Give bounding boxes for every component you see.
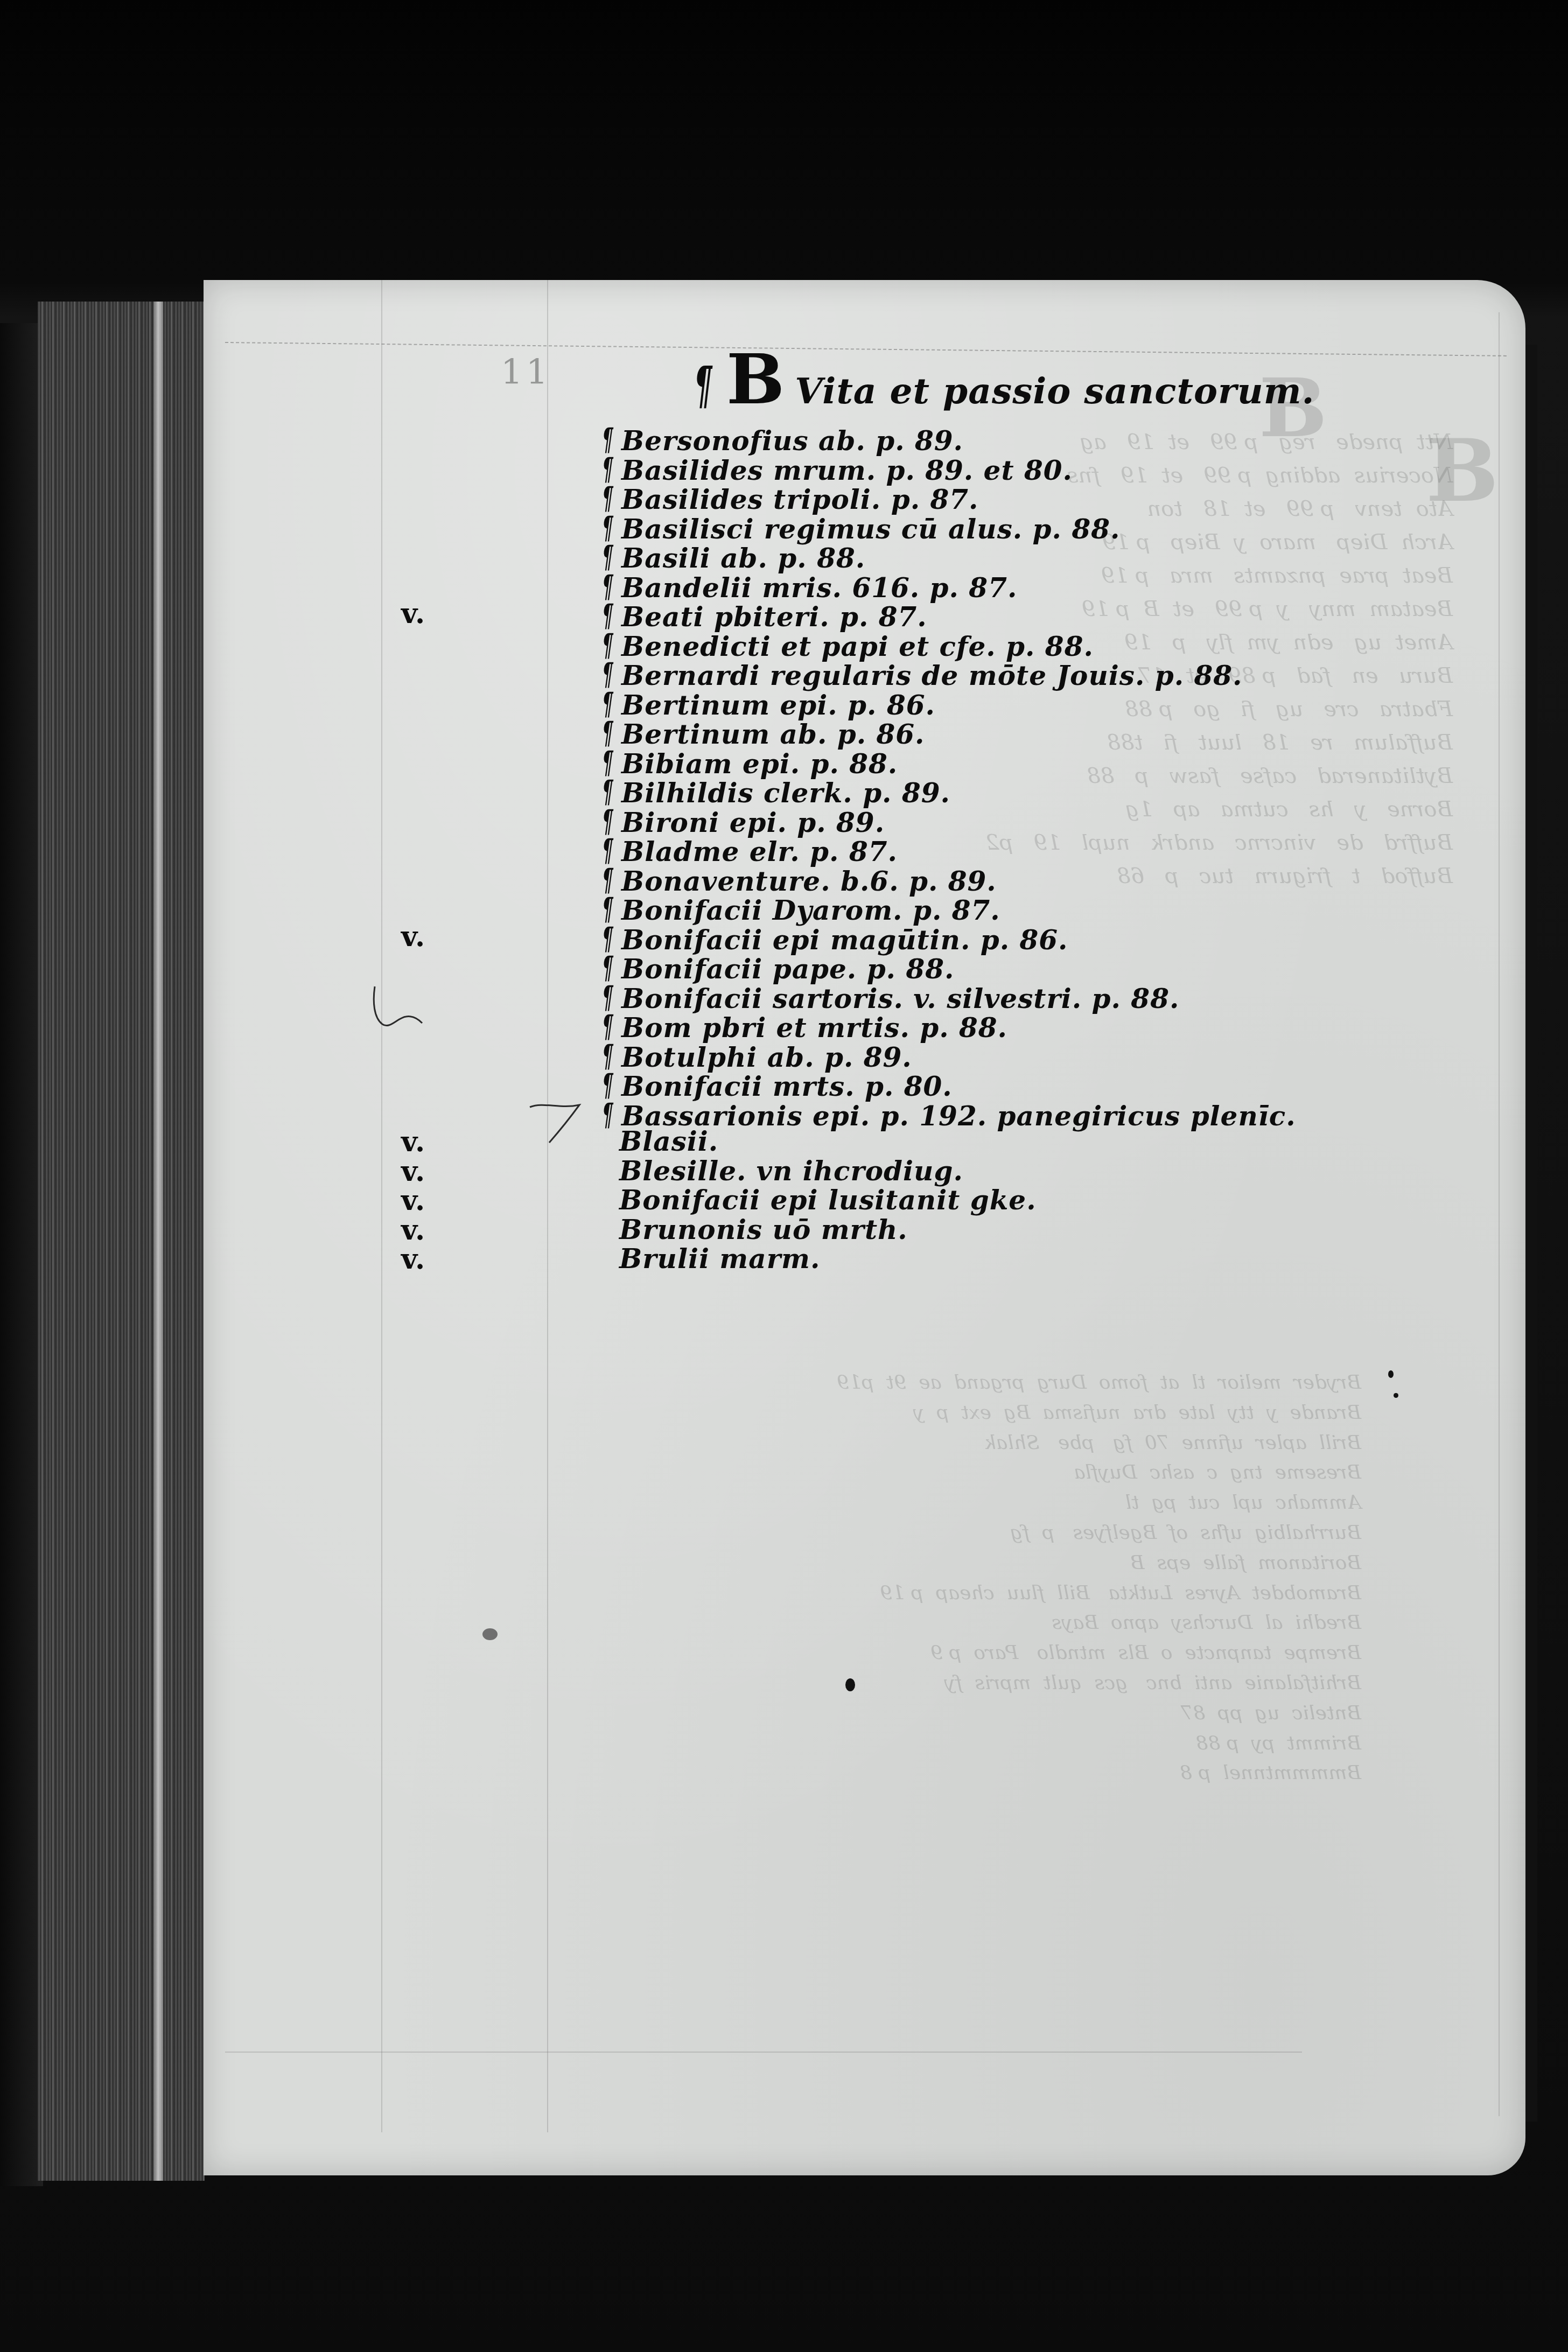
margin-note-v: v. [401, 1184, 425, 1217]
ink-speck [1388, 1370, 1394, 1378]
index-entry: ¶Bassarionis epi. p. 192. panegiricus pl… [598, 1096, 1405, 1126]
index-entry: ¶Bertinum ab. p. 86. [598, 715, 1405, 744]
ink-speck [1394, 1393, 1398, 1398]
index-entry: ¶Basilisci regimus cū alus. p. 88. [598, 509, 1405, 539]
entry-text: Blesille. vn ihcrodiug. [619, 1155, 963, 1187]
index-entry: v.Blasii. [598, 1125, 1405, 1155]
index-entry: ¶Basilides tripoli. p. 87. [598, 480, 1405, 509]
section-heading: ¶ B Vita et passio sanctorum. [687, 339, 1315, 420]
index-entry: v.Brulii marm. [598, 1243, 1405, 1272]
margin-note-v: v. [401, 597, 425, 630]
page-right-edge [1525, 345, 1537, 2122]
book-fore-edge [38, 302, 205, 2181]
index-entry: ¶Bom pbri et mrtis. p. 88. [598, 1008, 1405, 1038]
manuscript-page: B B Ntt pnede reg p 99 et 19 ag Nocerius… [204, 280, 1525, 2175]
bleed-initial-mid: B [1426, 420, 1499, 521]
bleed-text-bottom: Bryder melior tl at fomo Durg prgand ae … [580, 1368, 1361, 1788]
entry-text: Brunonis uō mrth. [619, 1214, 908, 1245]
heading-initial: B [726, 339, 785, 420]
index-entry: ¶Benedicti et papi et cfe. p. 88. [598, 627, 1405, 656]
squiggle-icon [370, 985, 424, 1045]
margin-note-v: v. [401, 1214, 425, 1247]
ink-blot [845, 1678, 855, 1691]
index-entry: ¶Bonifacii mrts. p. 80. [598, 1067, 1405, 1096]
index-entry: ¶Basilides mrum. p. 89. et 80. [598, 451, 1405, 480]
index-entry: ¶Bibiam epi. p. 88. [598, 744, 1405, 774]
index-entry: v.¶Bonifacii epi magūtin. p. 86. [598, 920, 1405, 950]
margin-note-v: v. [401, 920, 425, 953]
index-entry: ¶Bilhildis clerk. p. 89. [598, 773, 1405, 803]
book-shadow [0, 323, 43, 2186]
paragraph-mark-icon: ¶ [690, 355, 716, 416]
index-entry: ¶Botulphi ab. p. 89. [598, 1038, 1405, 1067]
margin-note-v: v. [401, 1125, 425, 1158]
index-entry: ¶Bironi epi. p. 89. [598, 803, 1405, 832]
heading-title: Vita et passio sanctorum. [795, 370, 1314, 412]
index-entry: ¶Bersonofius ab. p. 89. [598, 421, 1405, 451]
index-entry: v.Brunonis uō mrth. [598, 1214, 1405, 1243]
index-entry: v.Blesille. vn ihcrodiug. [598, 1155, 1405, 1185]
index-entry: ¶Bonifacii sartoris. v. silvestri. p. 88… [598, 979, 1405, 1009]
entry-text: Bonifacii epi lusitanit gke. [619, 1184, 1037, 1216]
index-entry: ¶Bladme elr. p. 87. [598, 832, 1405, 862]
margin-note-v: v. [401, 1243, 425, 1276]
index-entry: ¶Bandelii mris. 616. p. 87. [598, 568, 1405, 598]
index-entry: ¶Bonifacii Dyarom. p. 87. [598, 891, 1405, 920]
index-entry: ¶Bernardi regularis de mōte Jouis. p. 88… [598, 656, 1405, 685]
entry-text: Blasii. [619, 1125, 718, 1157]
stain-spot [482, 1628, 498, 1640]
folio-mark: 11 [501, 353, 551, 393]
margin-note-v: v. [401, 1155, 425, 1188]
index-entry: ¶Bertinum epi. p. 86. [598, 685, 1405, 715]
index-entry: ¶Bonifacii pape. p. 88. [598, 949, 1405, 979]
index-entry: v.¶Beati pbiteri. p. 87. [598, 597, 1405, 627]
entry-text: Brulii marm. [619, 1243, 820, 1275]
index-entry: v.Bonifacii epi lusitanit gke. [598, 1184, 1405, 1214]
index-entries: ¶Bersonofius ab. p. 89.¶Basilides mrum. … [598, 421, 1405, 1272]
arrow-icon [528, 1101, 587, 1144]
index-entry: ¶Bonaventure. b.6. p. 89. [598, 862, 1405, 891]
index-entry: ¶Basili ab. p. 88. [598, 538, 1405, 568]
